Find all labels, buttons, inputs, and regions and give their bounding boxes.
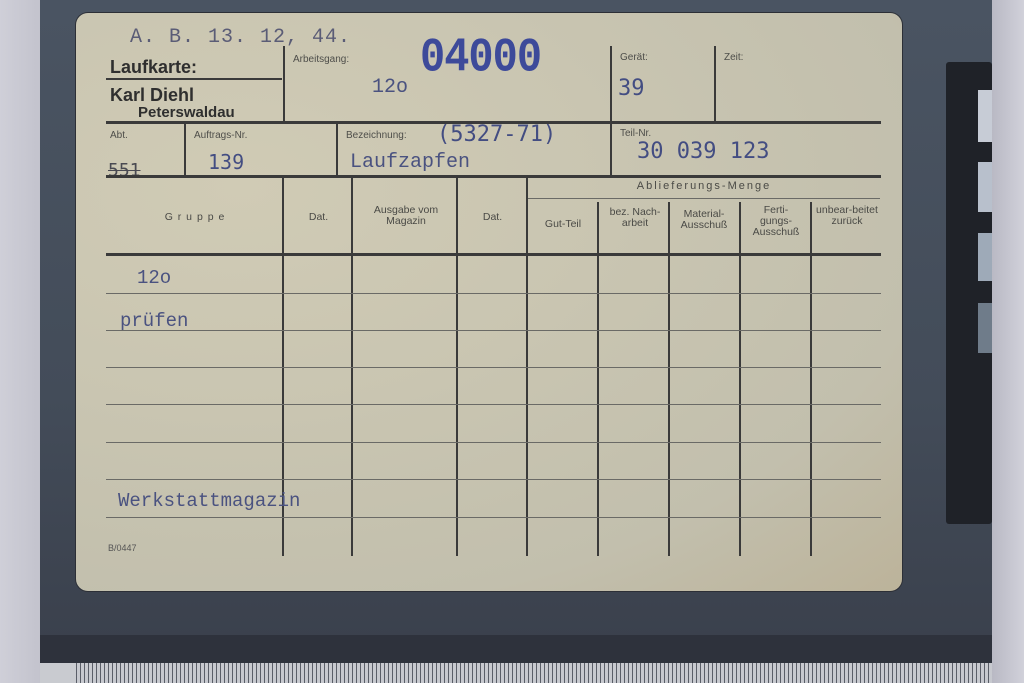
row-divider [106, 479, 881, 480]
teil-nr-label: Teil-Nr. [620, 128, 651, 139]
teil-nr-value: 30 039 123 [637, 139, 769, 164]
company-location: Peterswaldau [138, 104, 235, 121]
table-row-gruppe-2: prüfen [120, 310, 188, 332]
geraet-label: Gerät: [620, 52, 648, 63]
company-name: Karl Diehl [110, 85, 194, 106]
divider [106, 78, 282, 80]
gray-swatch [978, 303, 992, 353]
gray-swatch [978, 90, 992, 142]
ruler-end-cap [40, 663, 76, 683]
divider [336, 124, 338, 176]
table-row-gruppe-6: Werkstattmagazin [118, 490, 300, 512]
background-right [992, 0, 1024, 683]
row-divider [106, 367, 881, 368]
column-header-material-ausschuss: Material-Ausschuß [671, 209, 737, 231]
card-title: Laufkarte: [110, 57, 197, 78]
column-divider [739, 202, 741, 556]
column-header-gut-teil: Gut-Teil [529, 219, 597, 230]
form-number: B/0447 [108, 543, 137, 553]
board-edge [40, 635, 992, 663]
group-header-ablieferungs-menge: Ablieferungs-Menge [528, 181, 880, 192]
divider [610, 46, 612, 122]
bezeichnung-value: Laufzapfen [350, 151, 470, 174]
divider [528, 198, 880, 199]
divider [106, 253, 881, 256]
auftrags-nr-label: Auftrags-Nr. [194, 130, 247, 141]
row-divider [106, 404, 881, 405]
column-header-unbearbeitet: unbear-beitet zurück [816, 205, 878, 227]
geraet-value: 39 [618, 76, 645, 101]
row-divider [106, 293, 881, 294]
divider [283, 46, 285, 122]
divider [106, 175, 881, 178]
table-row-gruppe-1: 12o [137, 267, 171, 289]
divider [184, 124, 186, 176]
column-divider [668, 202, 670, 556]
divider [714, 46, 716, 122]
gray-swatch [978, 233, 992, 281]
gray-swatch [978, 162, 992, 212]
column-header-gruppe: G r u p p e [108, 212, 282, 223]
measuring-ruler [40, 663, 992, 683]
column-divider [597, 202, 599, 556]
row-divider [106, 517, 881, 518]
column-header-dat-1: Dat. [285, 212, 352, 223]
bezeichnung-label: Bezeichnung: [346, 130, 407, 141]
row-divider [106, 442, 881, 443]
column-header-dat-2: Dat. [459, 212, 526, 223]
divider [610, 124, 612, 176]
number-stamp: 04000 [420, 30, 541, 85]
column-header-ausgabe: Ausgabe vom Magazin [356, 205, 456, 227]
zeit-label: Zeit: [724, 52, 743, 63]
arbeitsgang-value: 12o [372, 76, 408, 99]
bezeichnung-code: (5327-71) [437, 122, 556, 147]
auftrags-nr-value: 139 [208, 150, 244, 174]
row-divider [106, 330, 881, 331]
abt-label: Abt. [110, 130, 128, 141]
date-stamp: A. B. 13. 12, 44. [130, 26, 351, 49]
arbeitsgang-label: Arbeitsgang: [293, 54, 349, 65]
column-header-nacharbeit: bez. Nach-arbeit [606, 207, 664, 229]
column-divider [810, 202, 812, 556]
background-left [0, 0, 40, 683]
column-header-fertigungs-ausschuss: Ferti-gungs-Ausschuß [748, 205, 804, 238]
